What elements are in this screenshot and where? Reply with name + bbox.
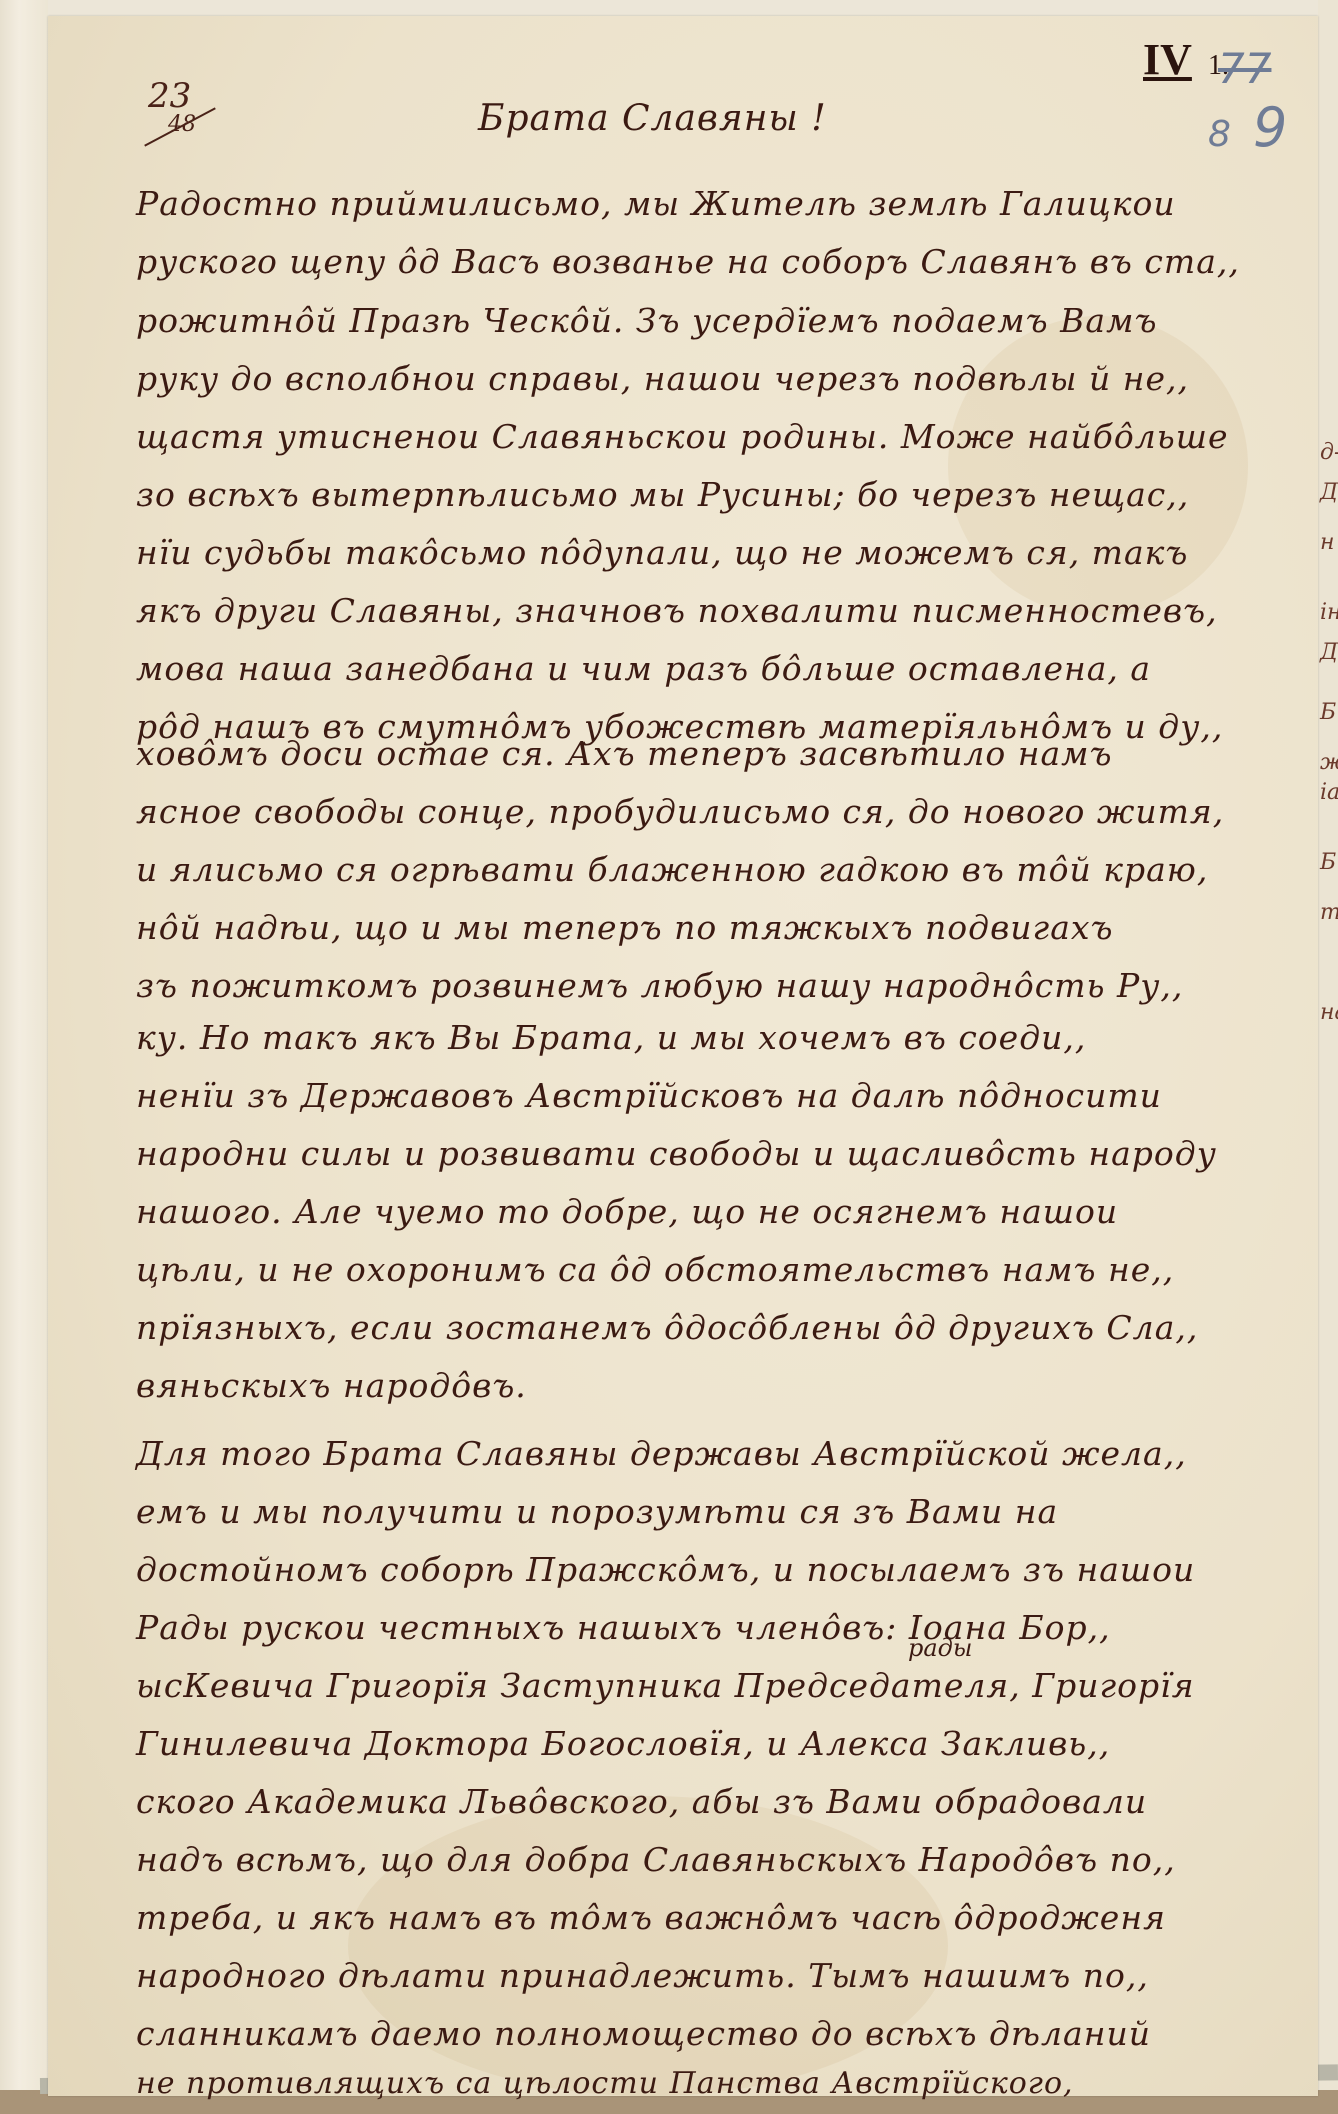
pencil-folio-left: 8: [1208, 114, 1231, 155]
text-line: ку. Но такъ якъ Вы Брата, и мы хочемъ въ…: [136, 1018, 1086, 1057]
folio-roman-numeral: IV: [1143, 34, 1192, 85]
margin-fragment: д-: [1320, 440, 1338, 465]
text-line: достойномъ соборѣ Пражскôмъ, и посылаемъ…: [136, 1550, 1195, 1589]
margin-fragment: Б: [1320, 850, 1336, 875]
margin-fragment: ти: [1320, 900, 1338, 925]
text-line: цѣли, и не охоронимъ са ôд обстоятельств…: [136, 1250, 1174, 1289]
text-line: зо всѣхъ вытерпѣлисьмо мы Русины; бо чер…: [136, 475, 1189, 514]
text-line: народни силы и розвивати свободы и щасли…: [136, 1134, 1217, 1173]
margin-fragment: Дз: [1320, 640, 1338, 665]
text-line: и ялисьмо ся огрѣвати блаженною гадкою в…: [136, 850, 1208, 889]
text-line: щастя утисненои Славяньскои родины. Може…: [136, 417, 1228, 456]
text-line: рожитнôй Празѣ Ческôй. Зъ усердïемъ пода…: [136, 301, 1157, 340]
margin-fragment: іа: [1320, 780, 1338, 805]
text-line: Радостно приймилисьмо, мы Жителѣ землѣ Г…: [136, 184, 1176, 223]
text-line: Гинилевича Доктора Богословïя, и Алекса …: [136, 1724, 1110, 1763]
text-line: нïи судьбы такôсьмо пôдупали, що не може…: [136, 533, 1188, 572]
text-line: народного дѣлати принадлежить. Тымъ наши…: [136, 1956, 1149, 1995]
text-line: надъ всѣмъ, що для добра Славяньскыхъ На…: [136, 1840, 1176, 1879]
text-line: руского щепу ôд Васъ возванье на соборъ …: [136, 242, 1240, 281]
margin-number-top: 23: [148, 76, 191, 116]
margin-fragment: Б: [1320, 700, 1336, 725]
text-line: ховôмъ доси остае ся. Ахъ теперъ засвѣти…: [136, 734, 1113, 773]
manuscript-page: IV 1. 77 8 9 23 48 Брата Славяны ! Радос…: [48, 16, 1318, 2096]
text-line: прïязныхъ, если зостанемъ ôдосôблены ôд …: [136, 1308, 1198, 1347]
text-line: треба, и якъ намъ въ тôмъ важнôмъ часѣ ô…: [136, 1898, 1166, 1937]
text-line: Для того Брата Славяны державы Австрïйск…: [136, 1434, 1187, 1473]
text-line: зъ пожиткомъ розвинемъ любую нашу народн…: [136, 966, 1183, 1005]
text-line: вяньскыхъ народôвъ.: [136, 1366, 527, 1405]
text-line: якъ други Славяны, значновъ похвалити пи…: [136, 591, 1218, 630]
pencil-folio-right: 9: [1253, 96, 1287, 159]
backing-sheet-left: [0, 0, 48, 2095]
margin-fragment: н: [1320, 530, 1335, 555]
text-line: ского Академика Львôвского, абы зъ Вами …: [136, 1782, 1147, 1821]
margin-page-number: 23 48: [148, 76, 191, 116]
text-line: не противлящихъ са цѣлости Панства Австр…: [136, 2066, 1074, 2101]
margin-fragment: на: [1320, 1000, 1338, 1025]
text-line: сланникамъ даемо полномощество до всѣхъ …: [136, 2014, 1151, 2053]
pencil-folio-struck: 77: [1218, 44, 1271, 93]
margin-fragment: ін: [1320, 600, 1338, 625]
margin-fragment: ж: [1320, 750, 1338, 775]
text-line: нôй надѣи, що и мы теперъ по тяжкыхъ под…: [136, 908, 1114, 947]
letter-salutation: Брата Славяны !: [478, 98, 827, 139]
text-line: мова наша занедбана и чим разъ бôльше ос…: [136, 649, 1151, 688]
margin-number-bottom: 48: [168, 112, 196, 137]
inserted-word: рады: [908, 1634, 972, 1662]
margin-fragment: Д: [1320, 480, 1338, 505]
text-line: руку до всполбнои справы, нашои черезъ п…: [136, 359, 1189, 398]
text-line: ненïи зъ Державовъ Австрïйсковъ на далѣ …: [136, 1076, 1162, 1115]
underlying-sheet-right: ти д- Д н ін Дз Б ж іа Б на: [1318, 0, 1338, 2095]
text-line: ясное свободы сонце, пробудилисьмо ся, д…: [136, 792, 1224, 831]
text-line: емъ и мы получити и порозумѣти ся зъ Вам…: [136, 1492, 1058, 1531]
text-line: ысКевича Григорïя Заступника Председател…: [136, 1666, 1195, 1705]
text-line: нашого. Але чуемо то добре, що не осягне…: [136, 1192, 1118, 1231]
